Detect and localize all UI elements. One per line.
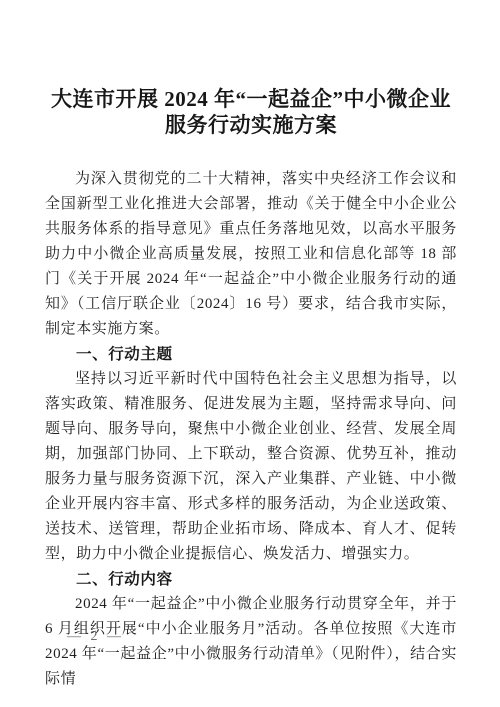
- section-heading-2: 二、行动内容: [45, 567, 457, 592]
- paragraph-section-1: 坚持以习近平新时代中国特色社会主义思想为指导，以落实政策、精准服务、促进发展为主…: [45, 367, 457, 567]
- paragraph-intro: 为深入贯彻党的二十大精神，落实中央经济工作会议和全国新型工业化推进大会部署，推动…: [45, 167, 457, 342]
- page-number: — 2 —: [67, 628, 124, 646]
- document-body: 为深入贯彻党的二十大精神，落实中央经济工作会议和全国新型工业化推进大会部署，推动…: [45, 167, 457, 692]
- document-title-line-1: 大连市开展 2024 年“一起益企”中小微企业: [51, 87, 451, 111]
- document-title: 大连市开展 2024 年“一起益企”中小微企业 服务行动实施方案: [51, 86, 451, 138]
- section-heading-1: 一、行动主题: [45, 342, 457, 367]
- document-page: 大连市开展 2024 年“一起益企”中小微企业 服务行动实施方案 为深入贯彻党的…: [0, 0, 500, 707]
- document-title-line-2: 服务行动实施方案: [165, 113, 337, 137]
